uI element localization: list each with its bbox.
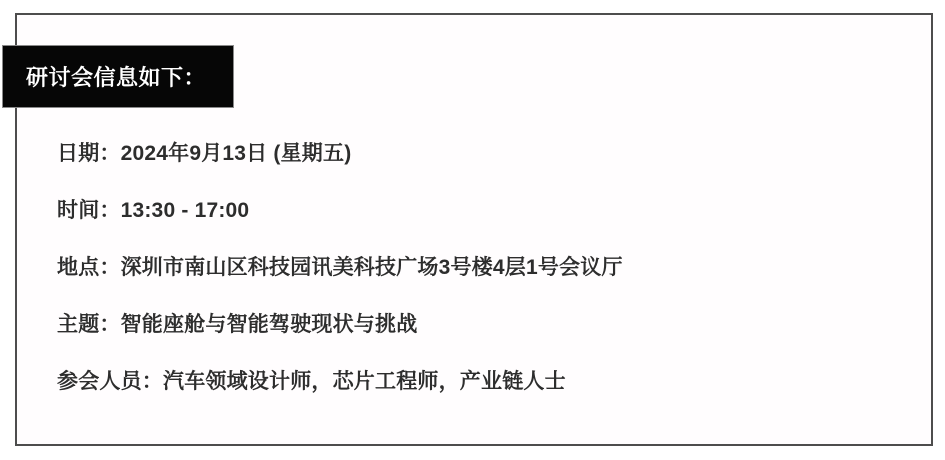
info-label-location: 地点：	[57, 256, 121, 279]
info-row-location: 地点：深圳市南山区科技园讯美科技广场3号楼4层1号会议厅	[57, 257, 623, 278]
info-value-participants: 汽车领域设计师，芯片工程师，产业链人士	[163, 370, 566, 393]
info-row-participants: 参会人员：汽车领域设计师，芯片工程师，产业链人士	[57, 371, 623, 392]
section-header-title: 研讨会信息如下：	[26, 61, 206, 92]
info-row-topic: 主题：智能座舱与智能驾驶现状与挑战	[57, 314, 623, 335]
seminar-info-list: 日期：2024年9月13日 (星期五) 时间：13:30 - 17:00 地点：…	[57, 143, 623, 392]
info-value-location: 深圳市南山区科技园讯美科技广场3号楼4层1号会议厅	[121, 256, 623, 279]
info-label-date: 日期：	[57, 142, 121, 165]
info-value-topic: 智能座舱与智能驾驶现状与挑战	[121, 313, 418, 336]
info-label-topic: 主题：	[57, 313, 121, 336]
info-row-time: 时间：13:30 - 17:00	[57, 200, 623, 221]
page-background: { "header": { "label": "研讨会信息如下：" }, "in…	[0, 0, 945, 460]
info-label-time: 时间：	[57, 199, 121, 222]
info-value-time: 13:30 - 17:00	[121, 199, 250, 222]
info-value-date: 2024年9月13日 (星期五)	[121, 142, 352, 165]
section-header-banner: 研讨会信息如下：	[3, 46, 233, 107]
info-row-date: 日期：2024年9月13日 (星期五)	[57, 143, 623, 164]
info-label-participants: 参会人员：	[57, 370, 163, 393]
